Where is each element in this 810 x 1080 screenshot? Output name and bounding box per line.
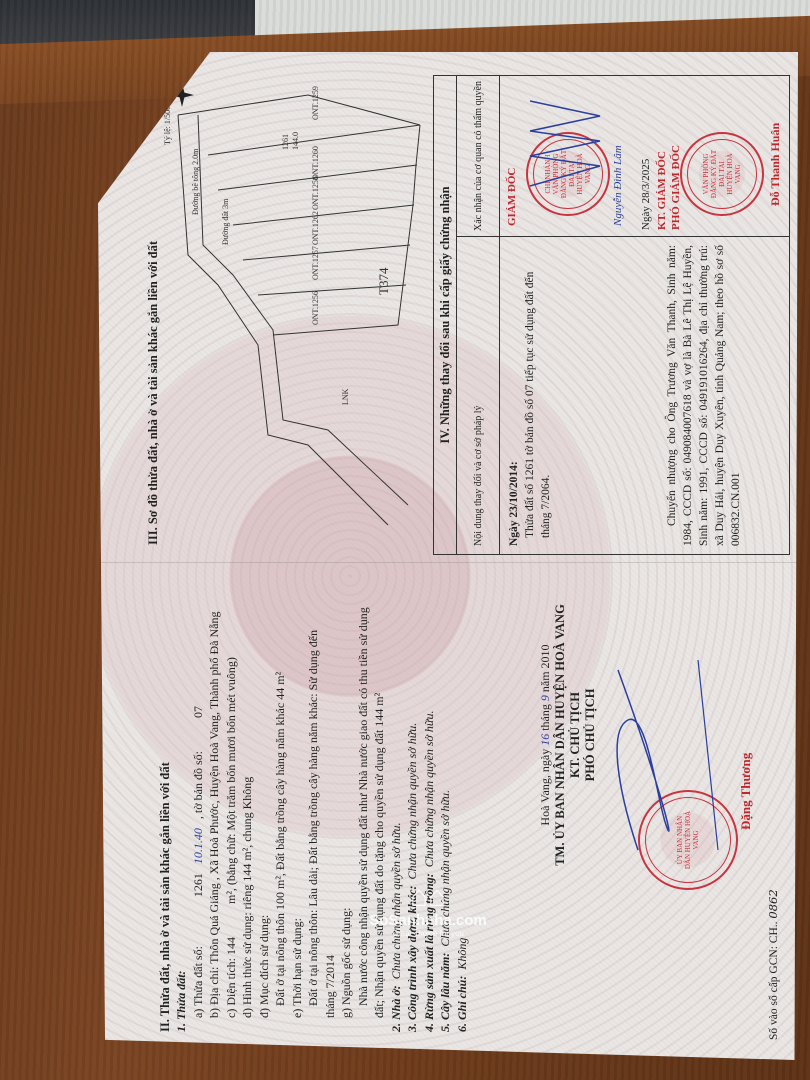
road-dirt-label: Đường đất 3m	[221, 198, 230, 245]
issue-day: 16	[538, 734, 552, 746]
lnk-label: LNK	[341, 388, 350, 405]
purpose-value: Đất ở tại nông thôn 100 m², Đất bằng trồ…	[272, 572, 289, 1032]
ownership-item-value: Chưa chứng nhận quyền sở hữu.	[422, 711, 436, 868]
parcel-number-label: a) Thửa đất số:	[191, 946, 205, 1018]
ownership-item: 4. Rừng sản xuất là rừng trồng:Chưa chứn…	[421, 572, 438, 1032]
address-label: b) Địa chỉ:	[207, 967, 221, 1018]
address-line: b) Địa chỉ: Thôn Quá Giáng , Xã Hoà Phướ…	[206, 572, 223, 1032]
entry-1-signature	[510, 86, 620, 196]
area-words: m², (bằng chữ: Một trăm bốn mươi bốn mét…	[224, 657, 238, 904]
date-prefix: Hoà Vang, ngày	[538, 749, 552, 826]
neighbor-1262: ONT.1262	[311, 211, 320, 245]
signer-title-2: PHÓ CHỦ TỊCH	[583, 570, 598, 900]
sheet-ref: T374	[376, 267, 391, 295]
signer-title-1: KT. CHỦ TỊCH	[568, 570, 583, 900]
branch-stamp-2: VĂN PHÒNG ĐĂNG KÝ ĐẤT ĐAI TẠI HUYỆN HOÀ …	[680, 132, 764, 216]
section-iv-header-row: Nội dung thay đổi và cơ sở pháp lý Xác n…	[457, 76, 500, 554]
ownership-item-label: 2. Nhà ở:	[389, 985, 403, 1032]
ownership-item-label: 5. Cây lâu năm:	[438, 953, 452, 1032]
section-iv-body: Ngày 23/10/2014: Thửa đất số 1261 tờ bản…	[500, 76, 790, 554]
parcel-number-line: a) Thửa đất số: 1261 10.1.40 , tờ bản đồ…	[190, 572, 207, 1032]
term-label: e) Thời hạn sử dụng:	[289, 572, 306, 1032]
ownership-item: 3. Công trình xây dựng khác:Chưa chứng n…	[404, 572, 421, 1032]
issuer-signature-block: Hoà Vang, ngày 16 tháng 9 năm 2010 TM. Ủ…	[538, 570, 598, 900]
parcel-number: 1261	[190, 873, 207, 943]
watermark-tagline: Great choice for you	[368, 929, 488, 938]
handwritten-note: 10.1.40	[191, 828, 205, 864]
issuer-signer-name: Đặng Thương	[738, 753, 754, 830]
ownership-item-value: Chưa chứng nhận quyền sở hữu.	[405, 723, 419, 880]
parcel-heading: 1. Thửa đất:	[173, 572, 190, 1032]
parcel-map-drawing: LNK 1261 144.0 ONT.1256 ONT.1257 ONT.126…	[158, 75, 428, 545]
usage-form: d) Hình thức sử dụng: riêng 144 m², chun…	[239, 572, 256, 1032]
origin-label: g) Nguồn gốc sử dụng:	[338, 572, 355, 1032]
term-line-2: tháng 7/2014	[322, 572, 339, 1032]
issue-month: 9	[538, 695, 552, 701]
neighbor-1258: ONT.1258	[311, 176, 320, 210]
registration-number-line: Số vào sổ cấp GCN: CH.. 0862	[766, 889, 780, 1040]
issuer-signature	[598, 650, 748, 870]
entry-1-date: Ngày 23/10/2014:	[506, 245, 522, 546]
neighbor-1259: ONT.1259	[311, 86, 320, 120]
issuing-org: TM. ỦY BAN NHÂN DÂN HUYỆN HOÀ VANG	[553, 570, 568, 900]
page-fold	[98, 562, 798, 563]
area-label: c) Diện tích: 144	[224, 937, 238, 1018]
neighbor-1260: ONT.1260	[311, 146, 320, 180]
neighbor-1257: ONT.1257	[311, 246, 320, 280]
ownership-item: 5. Cây lâu năm:Chưa chứng nhận quyền sở …	[437, 572, 454, 1032]
house-icon: ⌂⌂	[368, 882, 488, 912]
map-sheet-number: 07	[191, 706, 205, 718]
ownership-item: 2. Nhà ở:Chưa chứng nhận quyền sở hữu.	[388, 572, 405, 1032]
section-ii-column: II. Thửa đất, nhà ở và tài sản khác gắn …	[98, 570, 798, 1040]
watermark-brand: SoSanhnha.com	[368, 912, 488, 929]
origin-line-1: Nhà nước công nhận quyền sử dụng đất như…	[355, 572, 372, 1032]
entry-2-signer: Đỗ Thanh Huân	[768, 123, 783, 206]
year-label: năm	[538, 671, 552, 692]
entry-1-signer: Nguyễn Đình Lâm	[612, 145, 624, 226]
entry-2-date: Ngày 28/3/2025	[640, 159, 652, 230]
ownership-item-label: 6. Ghi chú:	[455, 976, 469, 1032]
entry-2-confirm-title-1: KT. GIÁM ĐỐC	[656, 151, 668, 230]
branch-stamp-2-text: VĂN PHÒNG ĐĂNG KÝ ĐẤT ĐAI TẠI HUYỆN HOÀ …	[702, 149, 742, 199]
map-sheet-label: , tờ bản đồ số:	[191, 751, 205, 819]
area-line: c) Diện tích: 144 m², (bằng chữ: Một tră…	[223, 572, 240, 1032]
col-confirmation: Xác nhận của cơ quan có thẩm quyền	[457, 76, 499, 236]
confirmations: GIÁM ĐỐC CHI NHÁNH VĂN PHÒNG ĐĂNG KÝ ĐẤT…	[500, 76, 790, 236]
entry-2-confirm-title-2: PHÓ GIÁM ĐỐC	[670, 145, 682, 230]
road-concrete-label: Đường bê tông 2.0m	[191, 148, 200, 215]
registration-label: Số vào sổ cấp GCN: CH..	[768, 921, 780, 1040]
parcel-map: LNK 1261 144.0 ONT.1256 ONT.1257 ONT.126…	[158, 75, 458, 545]
term-line-1: Đất ở tại nông thôn: Lâu dài; Đất bằng t…	[305, 572, 322, 1032]
ownership-items: 2. Nhà ở:Chưa chứng nhận quyền sở hữu.3.…	[388, 572, 471, 1032]
neighbor-1256: ONT.1256	[311, 291, 320, 325]
section-ii: II. Thửa đất, nhà ở và tài sản khác gắn …	[158, 572, 470, 1032]
section-iv-heading: IV. Những thay đổi sau khi cấp giấy chứn…	[434, 76, 457, 554]
section-ii-heading: II. Thửa đất, nhà ở và tài sản khác gắn …	[158, 572, 173, 1032]
origin-line-2: đất; Nhận quyền sử dụng đất do tặng cho …	[371, 572, 388, 1032]
entry-2-text: Chuyển nhượng cho Ông Trương Văn Thanh, …	[664, 245, 744, 546]
entry-1-text: Thửa đất số 1261 tờ bản đồ số 07 tiếp tụ…	[522, 245, 554, 546]
issue-year: 2010	[538, 644, 552, 668]
registration-number: 0862	[766, 889, 780, 918]
parcel-number-map: 1261	[281, 134, 290, 150]
parcel-area-map: 144.0	[291, 132, 300, 150]
section-iv-table: IV. Những thay đổi sau khi cấp giấy chứn…	[433, 75, 790, 555]
certificate-page: II. Thửa đất, nhà ở và tài sản khác gắn …	[98, 52, 798, 1060]
month-label: tháng	[538, 704, 552, 731]
ownership-item: 6. Ghi chú:Không	[454, 572, 471, 1032]
issue-date: Hoà Vang, ngày 16 tháng 9 năm 2010	[538, 570, 553, 900]
address-value: Thôn Quá Giáng , Xã Hoà Phước, Huyện Hoà…	[207, 612, 221, 964]
section-iii-iv-column: III. Sơ đồ thửa đất, nhà ở và tài sản kh…	[98, 65, 798, 555]
watermark-logo: ⌂⌂ SoSanhnha.com Great choice for you	[368, 882, 488, 962]
col-change-content: Nội dung thay đổi và cơ sở pháp lý	[457, 236, 499, 554]
purpose-label: đ) Mục đích sử dụng:	[256, 572, 273, 1032]
change-entries: Ngày 23/10/2014: Thửa đất số 1261 tờ bản…	[500, 236, 790, 554]
